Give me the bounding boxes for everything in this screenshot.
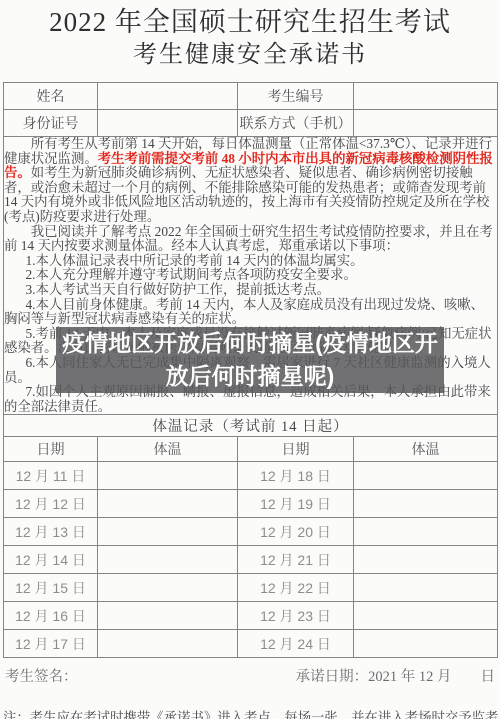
- temp-value-cell: [354, 462, 498, 490]
- date-cell: 12 月 19 日: [238, 490, 354, 518]
- signature-label: 考生签名：: [5, 665, 78, 686]
- id-number-value-cell: [98, 110, 238, 137]
- temperature-row: 12 月 16 日 12 月 23 日: [4, 602, 498, 630]
- document-title-line2: 考生健康安全承诺书: [0, 40, 500, 70]
- temp-value-cell: [98, 574, 238, 602]
- info-row-2: 身份证号 联系方式（手机）: [4, 110, 498, 137]
- info-row-1: 姓名 考生编号: [4, 83, 498, 110]
- pledge-item-2: 2.本人充分理解并遵守考试期间考点各项防疫安全要求。: [4, 268, 497, 283]
- date-column-header-1: 日期: [4, 437, 98, 462]
- temperature-row: 12 月 15 日 12 月 22 日: [4, 574, 498, 602]
- date-column-header-2: 日期: [238, 437, 354, 462]
- pledge-item-4: 4.本人目前身体健康。考前 14 天内，本人及家庭成员没有出现过发烧、咳嗽、胸闷…: [4, 298, 497, 327]
- temperature-row: 12 月 11 日 12 月 18 日: [4, 462, 498, 490]
- temperature-table-title-row: 体温记录（考试前 14 日起）: [4, 415, 498, 437]
- temp-value-cell: [98, 462, 238, 490]
- temperature-row: 12 月 14 日 12 月 21 日: [4, 546, 498, 574]
- paragraph-pledge-intro: 我已阅读并了解考点 2022 年全国硕士研究生招生考试疫情防控要求，并且在考前 …: [4, 225, 497, 254]
- date-cell: 12 月 16 日: [4, 602, 98, 630]
- pledge-item-3: 3.本人考试当天自行做好防护工作，提前抵达考点。: [4, 283, 497, 298]
- temperature-row: 12 月 13 日 12 月 20 日: [4, 518, 498, 546]
- date-cell: 12 月 14 日: [4, 546, 98, 574]
- date-cell: 12 月 11 日: [4, 462, 98, 490]
- temp-value-cell: [354, 490, 498, 518]
- date-cell: 12 月 12 日: [4, 490, 98, 518]
- name-value-cell: [98, 83, 238, 110]
- temp-value-cell: [354, 518, 498, 546]
- temp-value-cell: [354, 546, 498, 574]
- temp-column-header-2: 体温: [354, 437, 498, 462]
- date-cell: 12 月 17 日: [4, 630, 98, 658]
- temp-value-cell: [98, 546, 238, 574]
- temp-value-cell: [98, 630, 238, 658]
- temp-value-cell: [98, 518, 238, 546]
- id-number-label: 身份证号: [4, 110, 98, 137]
- temperature-row: 12 月 12 日 12 月 19 日: [4, 490, 498, 518]
- temp-value-cell: [98, 602, 238, 630]
- temp-value-cell: [354, 630, 498, 658]
- candidate-number-value-cell: [354, 83, 498, 110]
- watermark-overlay: 疫情地区开放后何时摘星(疫情地区开放后何时摘星呢): [56, 327, 444, 393]
- date-cell: 12 月 24 日: [238, 630, 354, 658]
- date-cell: 12 月 20 日: [238, 518, 354, 546]
- date-cell: 12 月 23 日: [238, 602, 354, 630]
- temperature-table-header-row: 日期 体温 日期 体温: [4, 437, 498, 462]
- signature-row: 考生签名： 承诺日期：2021 年 12 月 日: [3, 665, 497, 686]
- temperature-row: 12 月 17 日 12 月 24 日: [4, 630, 498, 658]
- temperature-table-title: 体温记录（考试前 14 日起）: [4, 415, 498, 437]
- document-title-line1: 2022 年全国硕士研究生招生考试: [0, 6, 500, 38]
- temp-value-cell: [354, 602, 498, 630]
- date-cell: 12 月 13 日: [4, 518, 98, 546]
- name-label: 姓名: [4, 83, 98, 110]
- paragraph-monitoring: 所有考生从考前第 14 天开始，每日体温测量（正常体温<37.3℃）、记录并进行…: [4, 137, 497, 225]
- temp-value-cell: [354, 574, 498, 602]
- p1-rest-text: 如考生为新冠肺炎确诊病例、无症状感染者、疑似患者、确诊病例密切接触者，或治愈未超…: [4, 165, 489, 224]
- watermark-title-text: 疫情地区开放后何时摘星(疫情地区开放后何时摘星呢): [56, 327, 444, 393]
- date-cell: 12 月 18 日: [238, 462, 354, 490]
- commit-date-label: 承诺日期：2021 年 12 月 日: [296, 665, 495, 686]
- temp-column-header-1: 体温: [98, 437, 238, 462]
- footnote: 注：考生应在考试时携带《承诺书》进入考点，每场一张，并在进入考场时交予监考员。: [3, 707, 497, 719]
- temp-value-cell: [98, 490, 238, 518]
- date-cell: 12 月 22 日: [238, 574, 354, 602]
- contact-label: 联系方式（手机）: [238, 110, 354, 137]
- candidate-number-label: 考生编号: [238, 83, 354, 110]
- contact-value-cell: [354, 110, 498, 137]
- date-cell: 12 月 15 日: [4, 574, 98, 602]
- scanned-commitment-form: 2022 年全国硕士研究生招生考试 考生健康安全承诺书 姓名 考生编号 身份证号…: [0, 0, 500, 719]
- date-cell: 12 月 21 日: [238, 546, 354, 574]
